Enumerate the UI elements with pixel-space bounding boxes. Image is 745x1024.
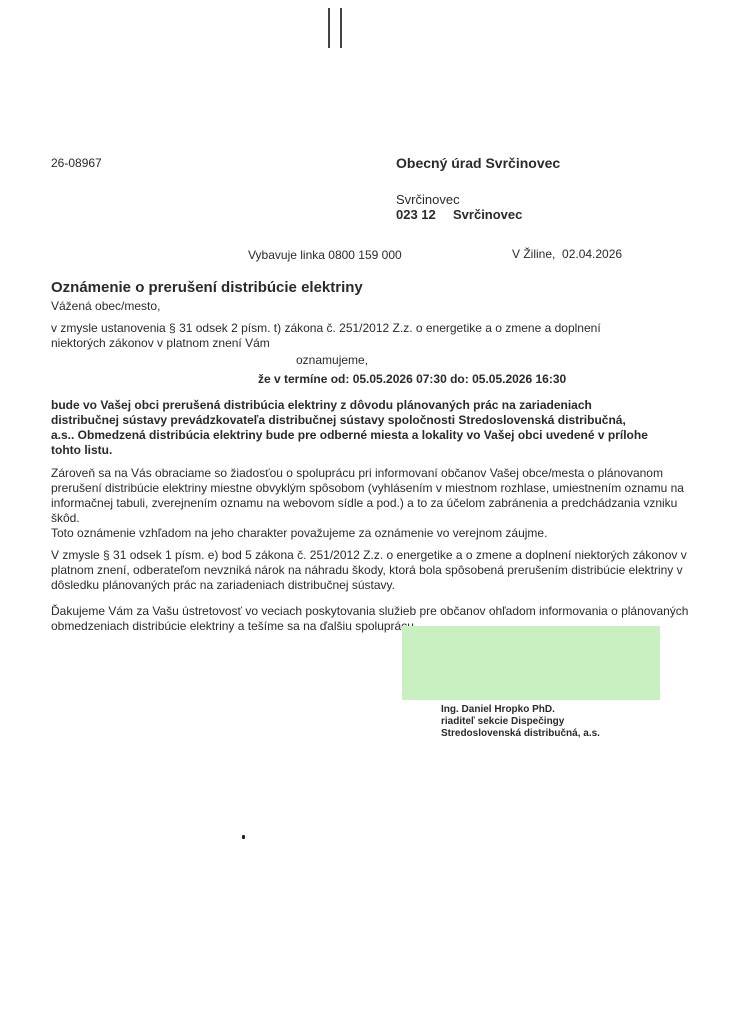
greeting: Vážená obec/mesto,	[51, 299, 160, 313]
scan-mark-right	[340, 8, 342, 48]
scan-speck	[242, 835, 245, 839]
recipient-address: 023 12Svrčinovec	[396, 207, 522, 222]
paragraph-cooperation-request: Zároveň sa na Vás obraciame so žiadosťou…	[51, 466, 691, 526]
outage-period: že v termíne od: 05.05.2026 07:30 do: 05…	[258, 372, 566, 386]
recipient-city: Svrčinovec	[396, 192, 460, 207]
recipient-zip-city: Svrčinovec	[453, 207, 522, 222]
recipient-zip: 023 12	[396, 207, 453, 222]
handler-line: Vybavuje linka 0800 159 000	[248, 248, 402, 262]
signature-block: Ing. Daniel Hropko PhD. riaditeľ sekcie …	[441, 704, 600, 740]
paragraph-damages: V zmysle § 31 odsek 1 písm. e) bod 5 zák…	[51, 548, 691, 593]
recipient-name: Obecný úrad Svrčinovec	[396, 155, 560, 171]
paragraph-cooperation: Zároveň sa na Vás obraciame so žiadosťou…	[51, 466, 691, 541]
scan-mark-left	[328, 8, 330, 48]
announce-text-1: oznamujeme,	[296, 353, 368, 367]
document-title: Oznámenie o prerušení distribúcie elektr…	[51, 279, 363, 296]
paragraph-outage-details: bude vo Vašej obci prerušená distribúcia…	[51, 398, 651, 458]
place-date: V Žiline, 02.04.2026	[512, 247, 622, 261]
signatory-position: riaditeľ sekcie Dispečingy	[441, 716, 600, 728]
signatory-company: Stredoslovenská distribučná, a.s.	[441, 728, 600, 740]
paragraph-public-interest: Toto oznámenie vzhľadom na jeho charakte…	[51, 526, 691, 541]
sticky-note	[402, 626, 660, 700]
signatory-name: Ing. Daniel Hropko PhD.	[441, 704, 600, 716]
reference-number: 26-08967	[51, 156, 102, 170]
paragraph-legal-basis: v zmysle ustanovenia § 31 odsek 2 písm. …	[51, 321, 651, 351]
